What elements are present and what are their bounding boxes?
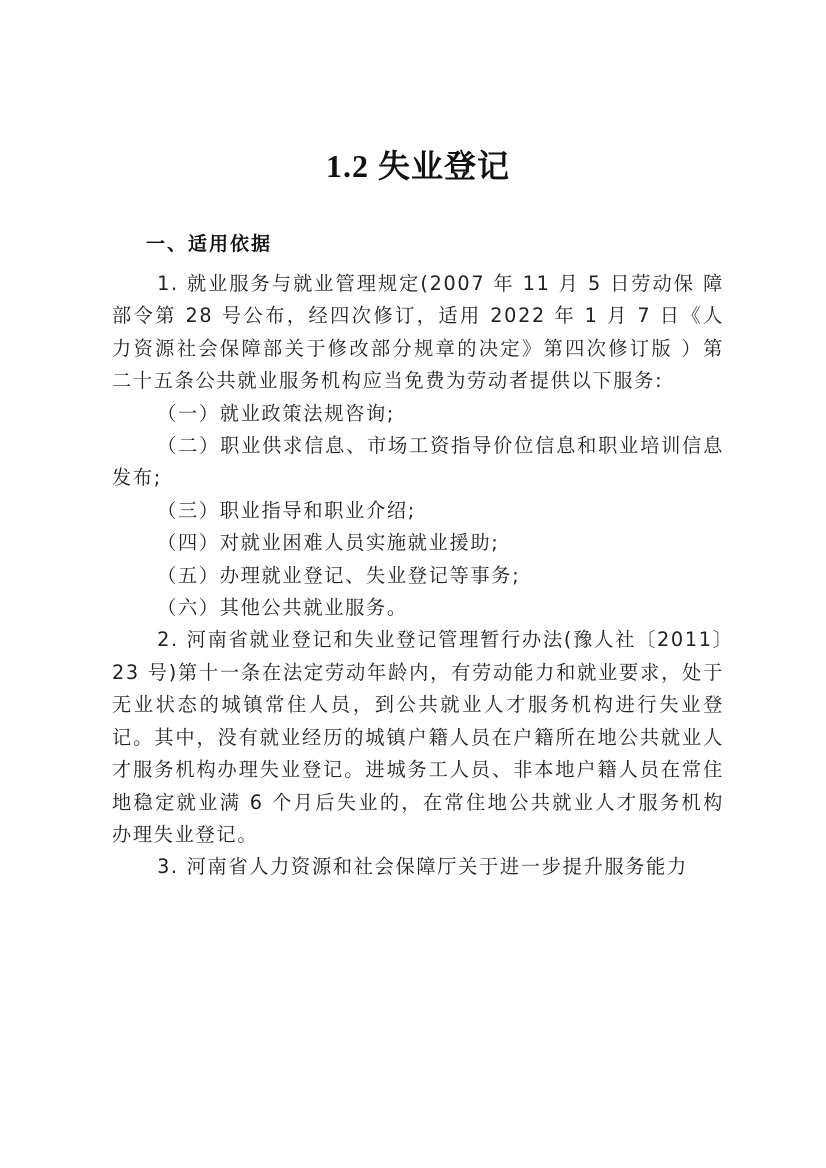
paragraph-basis-2: 2. 河南省就业登记和失业登记管理暂行办法(豫人社〔2011〕23 号)第十一条… — [112, 624, 724, 851]
section-heading: 一、适用依据 — [146, 230, 272, 258]
list-item-service-1: （一）就业政策法规咨询; — [112, 398, 724, 430]
list-item-service-4: （四）对就业困难人员实施就业援助; — [112, 527, 724, 559]
list-item-service-2: （二）职业供求信息、市场工资指导价位信息和职业培训信息发布; — [112, 430, 724, 495]
page-title: 1.2 失业登记 — [0, 146, 826, 186]
paragraph-basis-1: 1. 就业服务与就业管理规定(2007 年 11 月 5 日劳动保 障部令第 2… — [112, 268, 724, 398]
list-item-service-3: （三）职业指导和职业介绍; — [112, 495, 724, 527]
document-page: 1.2 失业登记 一、适用依据 1. 就业服务与就业管理规定(2007 年 11… — [0, 0, 826, 1168]
document-body: 1. 就业服务与就业管理规定(2007 年 11 月 5 日劳动保 障部令第 2… — [112, 268, 724, 884]
list-item-service-5: （五）办理就业登记、失业登记等事务; — [112, 560, 724, 592]
list-item-service-6: （六）其他公共就业服务。 — [112, 592, 724, 624]
paragraph-basis-3: 3. 河南省人力资源和社会保障厅关于进一步提升服务能力 — [112, 851, 724, 883]
